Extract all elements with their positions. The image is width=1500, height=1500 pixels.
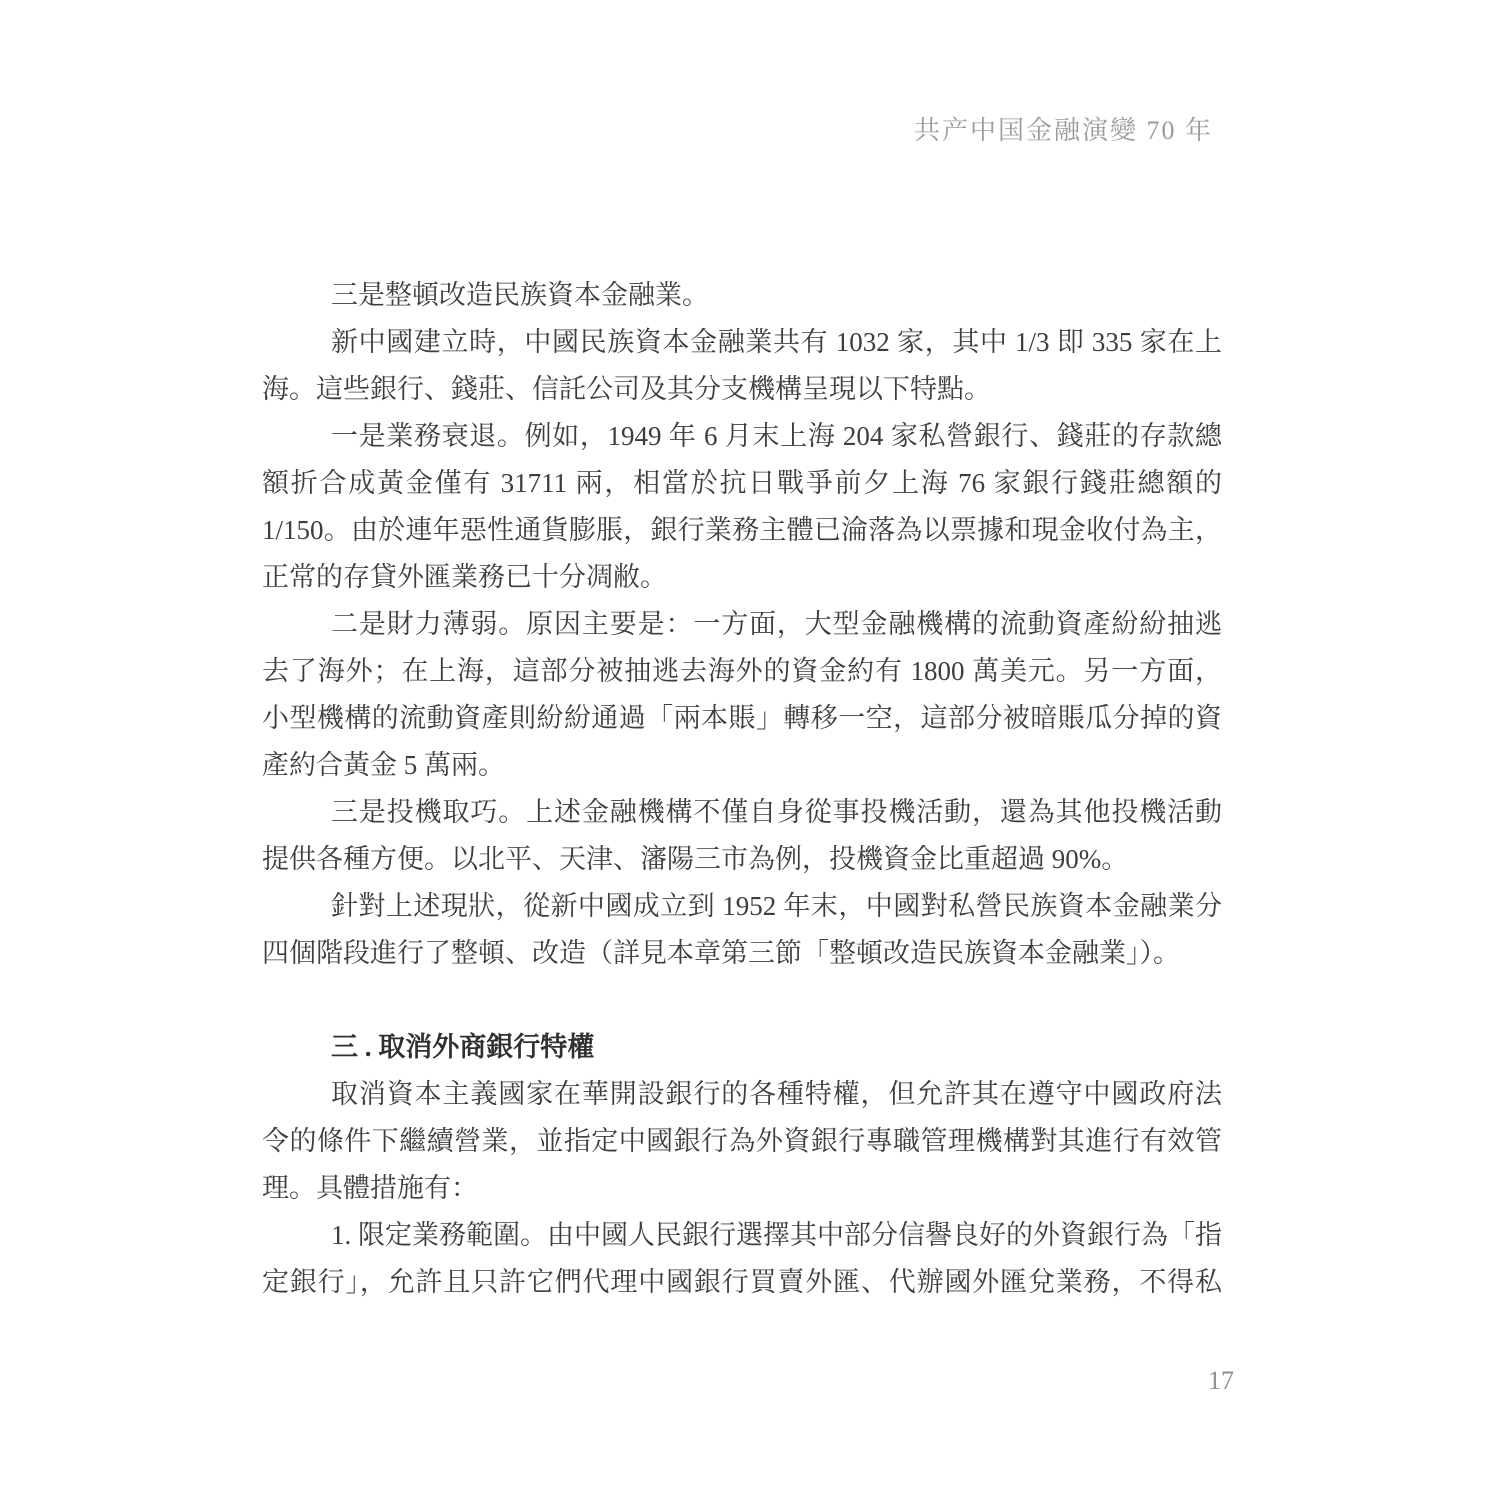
text-line: 小型機構的流動資產則紛紛通過「兩本賬」轉移一空，這部分被暗賬瓜分掉的資: [262, 695, 1222, 742]
text-line: 定銀行」，允許且只許它們代理中國銀行買賣外匯、代辦國外匯兌業務，不得私: [262, 1259, 1222, 1306]
text-line: 理。具體措施有：: [262, 1165, 1222, 1212]
section-heading: 三 . 取消外商銀行特權: [262, 1024, 1222, 1071]
page-number: 17: [1208, 1366, 1234, 1396]
text-line: 取消資本主義國家在華開設銀行的各種特權，但允許其在遵守中國政府法: [262, 1071, 1222, 1118]
text-line: 海。這些銀行、錢莊、信託公司及其分支機構呈現以下特點。: [262, 366, 1222, 413]
text-line: 去了海外；在上海，這部分被抽逃去海外的資金約有 1800 萬美元。另一方面，: [262, 648, 1222, 695]
text-line: 二是財力薄弱。原因主要是：一方面，大型金融機構的流動資產紛紛抽逃: [262, 601, 1222, 648]
text-line: 四個階段進行了整頓、改造（詳見本章第三節「整頓改造民族資本金融業」）。: [262, 930, 1222, 977]
text-line: 額折合成黃金僅有 31711 兩，相當於抗日戰爭前夕上海 76 家銀行錢莊總額的: [262, 460, 1222, 507]
text-line: 提供各種方便。以北平、天津、瀋陽三市為例，投機資金比重超過 90%。: [262, 836, 1222, 883]
body-text: 三是整頓改造民族資本金融業。 新中國建立時，中國民族資本金融業共有 1032 家…: [262, 272, 1222, 1306]
text-line: 一是業務衰退。例如，1949 年 6 月末上海 204 家私營銀行、錢莊的存款總: [262, 413, 1222, 460]
text-line: 令的條件下繼續營業，並指定中國銀行為外資銀行專職管理機構對其進行有效管: [262, 1118, 1222, 1165]
text-line: 三是整頓改造民族資本金融業。: [262, 272, 1222, 319]
text-line: 針對上述現狀，從新中國成立到 1952 年末，中國對私營民族資本金融業分: [262, 883, 1222, 930]
text-line: 三是投機取巧。上述金融機構不僅自身從事投機活動，還為其他投機活動: [262, 789, 1222, 836]
document-page: 共产中国金融演變 70 年 三是整頓改造民族資本金融業。 新中國建立時，中國民族…: [0, 0, 1500, 1500]
text-line: 產約合黃金 5 萬兩。: [262, 742, 1222, 789]
text-line: 1. 限定業務範圍。由中國人民銀行選擇其中部分信譽良好的外資銀行為「指: [262, 1212, 1222, 1259]
running-header: 共产中国金融演變 70 年: [914, 110, 1213, 147]
text-line: 1/150。由於連年惡性通貨膨脹，銀行業務主體已淪落為以票據和現金收付為主，: [262, 507, 1222, 554]
text-line: 新中國建立時，中國民族資本金融業共有 1032 家，其中 1/3 即 335 家…: [262, 319, 1222, 366]
text-line: 正常的存貸外匯業務已十分凋敝。: [262, 554, 1222, 601]
